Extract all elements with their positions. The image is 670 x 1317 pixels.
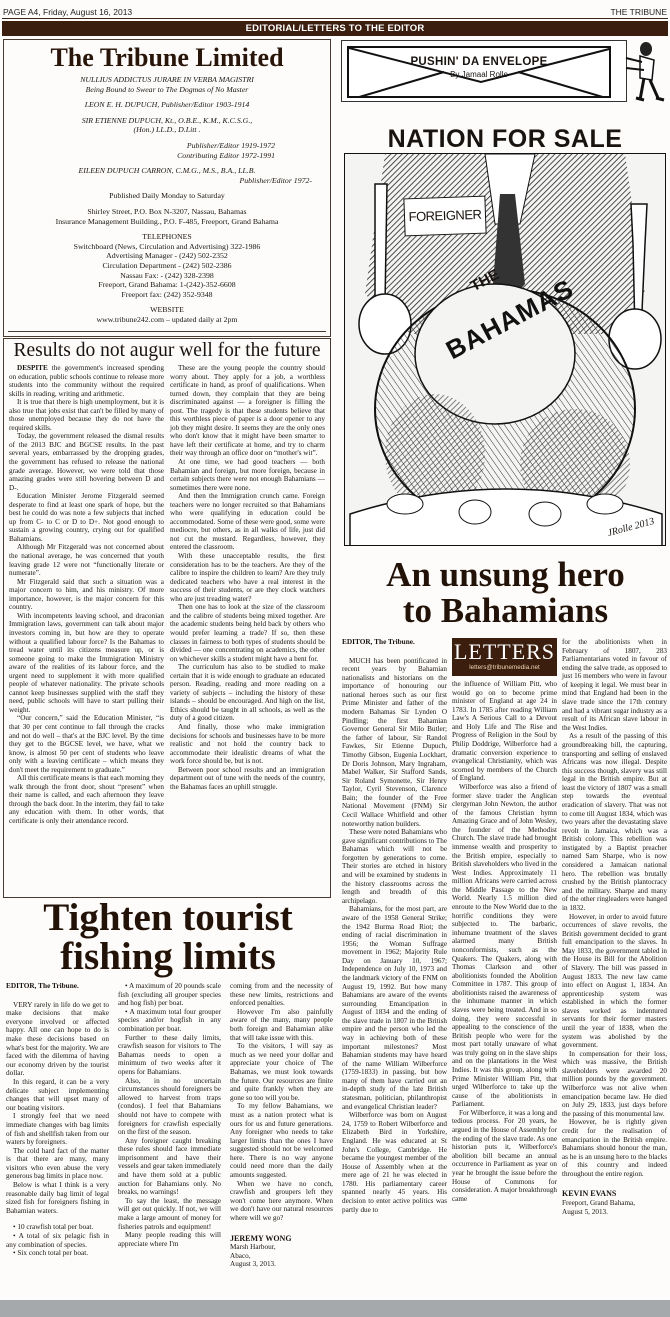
etienne-line-1: SIR ETIENNE DUPUCH, Kt., O.B.E., K.M., K…: [4, 116, 330, 126]
masthead-title: The Tribune Limited: [4, 44, 330, 72]
signer-name: KEVIN EVANS: [562, 1190, 667, 1199]
fishing-headline-line-2: fishing limits: [3, 937, 333, 976]
paragraph: “Our concern,” said the Education Minist…: [9, 714, 164, 774]
fishing-col-1: EDITOR, The Tribune. VERY rarely in life…: [6, 982, 109, 1302]
paragraph: At one time, we had good teachers — both…: [170, 458, 325, 492]
website-heading: WEBSITE: [4, 305, 330, 315]
fishing-letter-columns: EDITOR, The Tribune. VERY rarely in life…: [6, 982, 333, 1302]
paragraph: Wilberforce was born on August 24, 1759 …: [342, 1111, 447, 1214]
bottom-gray-bar: [0, 1300, 670, 1317]
paragraph: The curriculum has also to be studied to…: [170, 663, 325, 723]
fax-freeport: Freeport fax: (242) 352-9348: [4, 290, 330, 300]
paragraph: When we have no conch, crawfish and grou…: [230, 1180, 333, 1223]
signer-place: Marsh Harbour,: [230, 1243, 333, 1252]
published-line: Published Daily Monday to Saturday: [4, 191, 330, 201]
eileen-line-1: EILEEN DUPUCH CARRON, C.M.G., M.S., B.A.…: [4, 166, 330, 176]
bullet-item: • A total of six pelagic fish in any com…: [6, 1232, 109, 1249]
paragraph: In this regard, it can be a very delicat…: [6, 1078, 109, 1112]
letter-salutation: EDITOR, The Tribune.: [342, 638, 447, 647]
editorial-box: Results do not augur well for the future…: [3, 338, 331, 898]
phone-advertising: Advertising Manager - (242) 502-2352: [4, 251, 330, 261]
editorial-headline: Results do not augur well for the future: [4, 340, 330, 362]
bullet-item: • Six conch total per boat.: [6, 1249, 109, 1258]
masthead-box: The Tribune Limited NULLIUS ADDICTUS JUR…: [3, 39, 331, 337]
paragraph: Between poor school results and an immig…: [170, 766, 325, 792]
telephones-heading: TELEPHONES: [4, 232, 330, 242]
paragraph: coming from and the necessity of these n…: [230, 982, 333, 1008]
paragraph: To say the least, the message will get o…: [118, 1197, 221, 1231]
paragraph: However, in order to avoid future occurr…: [562, 913, 667, 1050]
phone-circulation: Circulation Department - (242) 502-2386: [4, 261, 330, 271]
cartoon-series-banner: PUSHIN' DA ENVELOPE By Jamaal Rolle: [341, 40, 627, 102]
etienne-line-2: (Hon.) LL.D., D.Litt .: [4, 125, 330, 135]
founder-line: LEON E. H. DUPUCH, Publisher/Editor 1903…: [4, 100, 330, 110]
letter-salutation: EDITOR, The Tribune.: [6, 982, 109, 991]
paragraph: With incompetents leaving school, and dr…: [9, 612, 164, 715]
page-info: PAGE A4, Friday, August 16, 2013: [3, 7, 132, 17]
cartoon-series-title: PUSHIN' DA ENVELOPE: [349, 56, 609, 68]
paragraph: Although Mr Fitzgerald was not concerned…: [9, 543, 164, 577]
editorial-cartoon: FOREIGNER THE BAHAMAS JRolle 2013: [344, 153, 666, 546]
editorial-columns: DESPITE the government's increased spend…: [4, 362, 330, 826]
fishing-col-3: coming from and the necessity of these n…: [230, 982, 333, 1302]
hero-col-1: EDITOR, The Tribune. MUCH has been ponti…: [342, 638, 447, 1313]
cartoon-byline: By Jamaal Rolle: [349, 70, 609, 79]
hero-headline: An unsung hero to Bahamians: [341, 557, 670, 629]
bullet-item: • 10 crawfish total per boat.: [6, 1223, 109, 1232]
phone-freeport: Freeport, Grand Bahama: 1-(242)-352-6608: [4, 280, 330, 290]
hero-col-3: for the abolitionists when in February o…: [562, 638, 667, 1313]
paragraph: MUCH has been pontificated in recent yea…: [342, 657, 447, 829]
paragraph: However, he is rightly given credit for …: [562, 1118, 667, 1178]
motto-english: Being Bound to Swear to The Dogmas of No…: [4, 85, 330, 95]
paragraph: With these unacceptable results, the fir…: [170, 552, 325, 603]
paragraph: VERY rarely in life do we get to make de…: [6, 1001, 109, 1078]
paragraph: DESPITE the government's increased spend…: [9, 364, 164, 398]
paragraph: Bahamians, for the most part, are aware …: [342, 905, 447, 1111]
signer-date: August 3, 2013.: [230, 1260, 333, 1269]
paragraph: Further to these daily limits, crawfish …: [118, 1034, 221, 1077]
fishing-col-2: • A maximum of 20 pounds scale fish (exc…: [118, 982, 221, 1302]
signer-date: August 5, 2013.: [562, 1208, 667, 1217]
paragraph: The cold hard fact of the matter is that…: [6, 1147, 109, 1181]
bullet-item: • A maximum of 20 pounds scale fish (exc…: [118, 982, 221, 1008]
fax-nassau: Nassau Fax: - (242) 328-2398: [4, 271, 330, 281]
paragraph: Education Minister Jerome Fitzgerald see…: [9, 492, 164, 543]
paragraph: And finally, those who make immigration …: [170, 723, 325, 766]
fishing-headline: Tighten tourist fishing limits: [3, 898, 333, 976]
paragraph: Below is what I think is a very reasonab…: [6, 1181, 109, 1215]
etienne-line-3: Publisher/Editor 1919-1972: [4, 141, 330, 151]
paragraph: Then one has to look at the size of the …: [170, 603, 325, 663]
paragraph: Wilberforce was also a friend of former …: [452, 783, 557, 1109]
paragraph: for the abolitionists when in February o…: [562, 638, 667, 732]
letters-banner-title: LETTERS: [452, 640, 557, 664]
paragraph: Many people reading this will appreciate…: [118, 1231, 221, 1248]
paragraph: Any foreigner caught breaking these rule…: [118, 1137, 221, 1197]
hero-headline-line-1: An unsung hero: [341, 557, 670, 593]
paragraph: All this certificate means is that each …: [9, 774, 164, 825]
address-nassau: Shirley Street, P.O. Box N-3207, Nassau,…: [4, 207, 330, 217]
hero-headline-line-2: to Bahamians: [341, 593, 670, 629]
paragraph: I strongly feel that we need immediate c…: [6, 1112, 109, 1146]
signer-place: Abaco,: [230, 1252, 333, 1261]
lead-word: DESPITE: [17, 364, 48, 372]
editorial-col-2: These are the young people the country s…: [170, 364, 325, 826]
paragraph: Mr Fitzgerald said that such a situation…: [9, 578, 164, 612]
paper-name: THE TRIBUNE: [610, 7, 667, 17]
editorial-col-1: DESPITE the government's increased spend…: [9, 364, 164, 826]
letters-banner: LETTERS letters@tribunemedia.net: [452, 638, 557, 676]
hero-col-2: LETTERS letters@tribunemedia.net the inf…: [452, 638, 557, 1313]
section-bar: EDITORIAL/LETTERS TO THE EDITOR: [2, 21, 668, 36]
paragraph: the influence of William Pitt, who would…: [452, 680, 557, 783]
paragraph: To my fellow Bahamians, we must as a nat…: [230, 1102, 333, 1179]
paragraph: Also, in no uncertain circumstances shou…: [118, 1077, 221, 1137]
paragraph: In compensation for their loss, which wa…: [562, 1050, 667, 1119]
signer-name: JEREMY WONG: [230, 1235, 333, 1244]
paragraph: Today, the government released the disma…: [9, 432, 164, 492]
address-freeport: Insurance Management Building., P.O. F-4…: [4, 217, 330, 227]
paragraph: These are the young people the country s…: [170, 364, 325, 458]
header-rule: [2, 18, 668, 19]
cartoon-illustration-icon: [345, 154, 666, 546]
eileen-line-2: Publisher/Editor 1972-: [4, 176, 330, 186]
signer-place: Freeport, Grand Bahama,: [562, 1199, 667, 1208]
website-link[interactable]: www.tribune242.com – updated daily at 2p…: [4, 315, 330, 325]
paragraph: These were noted Bahamians who gave sign…: [342, 828, 447, 905]
envelope-graphic: PUSHIN' DA ENVELOPE By Jamaal Rolle: [347, 46, 611, 98]
cartoon-headline: NATION FOR SALE: [343, 126, 667, 152]
paragraph: And then the Immigration crunch came. Fo…: [170, 492, 325, 552]
phone-switchboard: Switchboard (News, Circulation and Adver…: [4, 242, 330, 252]
letters-email-link[interactable]: letters@tribunemedia.net: [452, 664, 557, 673]
paragraph: However I'm also painfully aware of the …: [230, 1008, 333, 1042]
paragraph: As a result of the passing of this groun…: [562, 732, 667, 912]
paragraph: For Wilberforce, it was a long and tedio…: [452, 1109, 557, 1203]
bullet-item: • A maximum total four grouper species a…: [118, 1008, 221, 1034]
motto-latin: NULLIUS ADDICTUS JURARE IN VERBA MAGISTR…: [4, 75, 330, 85]
fishing-headline-line-1: Tighten tourist: [3, 898, 333, 937]
masthead-rule: [8, 331, 326, 332]
hero-letter-columns: EDITOR, The Tribune. MUCH has been ponti…: [342, 638, 668, 1313]
paragraph: To the visitors, I will say as much as w…: [230, 1042, 333, 1102]
paragraph: It is true that there is high unemployme…: [9, 398, 164, 432]
pushing-man-icon: [622, 40, 668, 102]
etienne-line-4: Contributing Editor 1972-1991: [4, 151, 330, 161]
foreigner-sign: FOREIGNER: [403, 196, 486, 237]
